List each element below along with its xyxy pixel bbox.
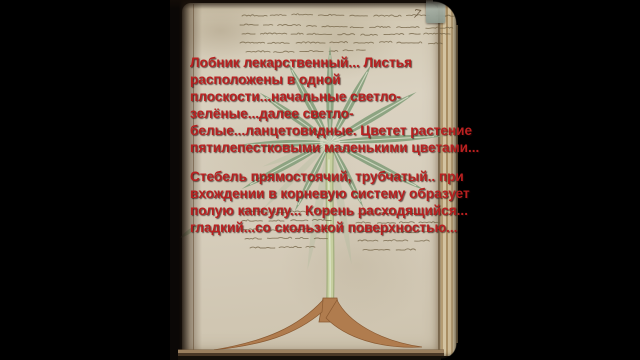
caption-line: расположены в одной (190, 71, 479, 88)
caption-paragraph-2: Стебель прямостоячий, трубчатый.. при вх… (190, 168, 479, 236)
caption-line: Стебель прямостоячий, трубчатый.. при (190, 168, 479, 185)
plant-root (214, 298, 422, 350)
page-corner-bottom-right (441, 343, 459, 360)
caption-line: полую капсулу... Корень расходящийся... (190, 202, 479, 219)
page-top-shadow (170, 0, 458, 9)
caption-line: плоскости...начальные светло- (190, 88, 479, 105)
video-frame: 7 Лобник лекарственный... Листья располо… (0, 0, 640, 360)
caption-line: белые...ланцетовидные. Цветет растение (190, 122, 479, 139)
page-corner-top-right (433, 0, 459, 25)
caption-overlay: Лобник лекарственный... Листья расположе… (190, 54, 479, 248)
caption-paragraph-1: Лобник лекарственный... Листья расположе… (190, 54, 479, 156)
page-bottom-edge (178, 349, 444, 360)
caption-line: вхождении в корневую систему образует (190, 185, 479, 202)
caption-line: Лобник лекарственный... Листья (190, 54, 479, 71)
caption-line: гладкий...со скользкой поверхностью... (190, 219, 479, 236)
caption-line: зелёные...далее светло- (190, 105, 479, 122)
caption-line: пятилепестковыми маленькими цветами... (190, 139, 479, 156)
